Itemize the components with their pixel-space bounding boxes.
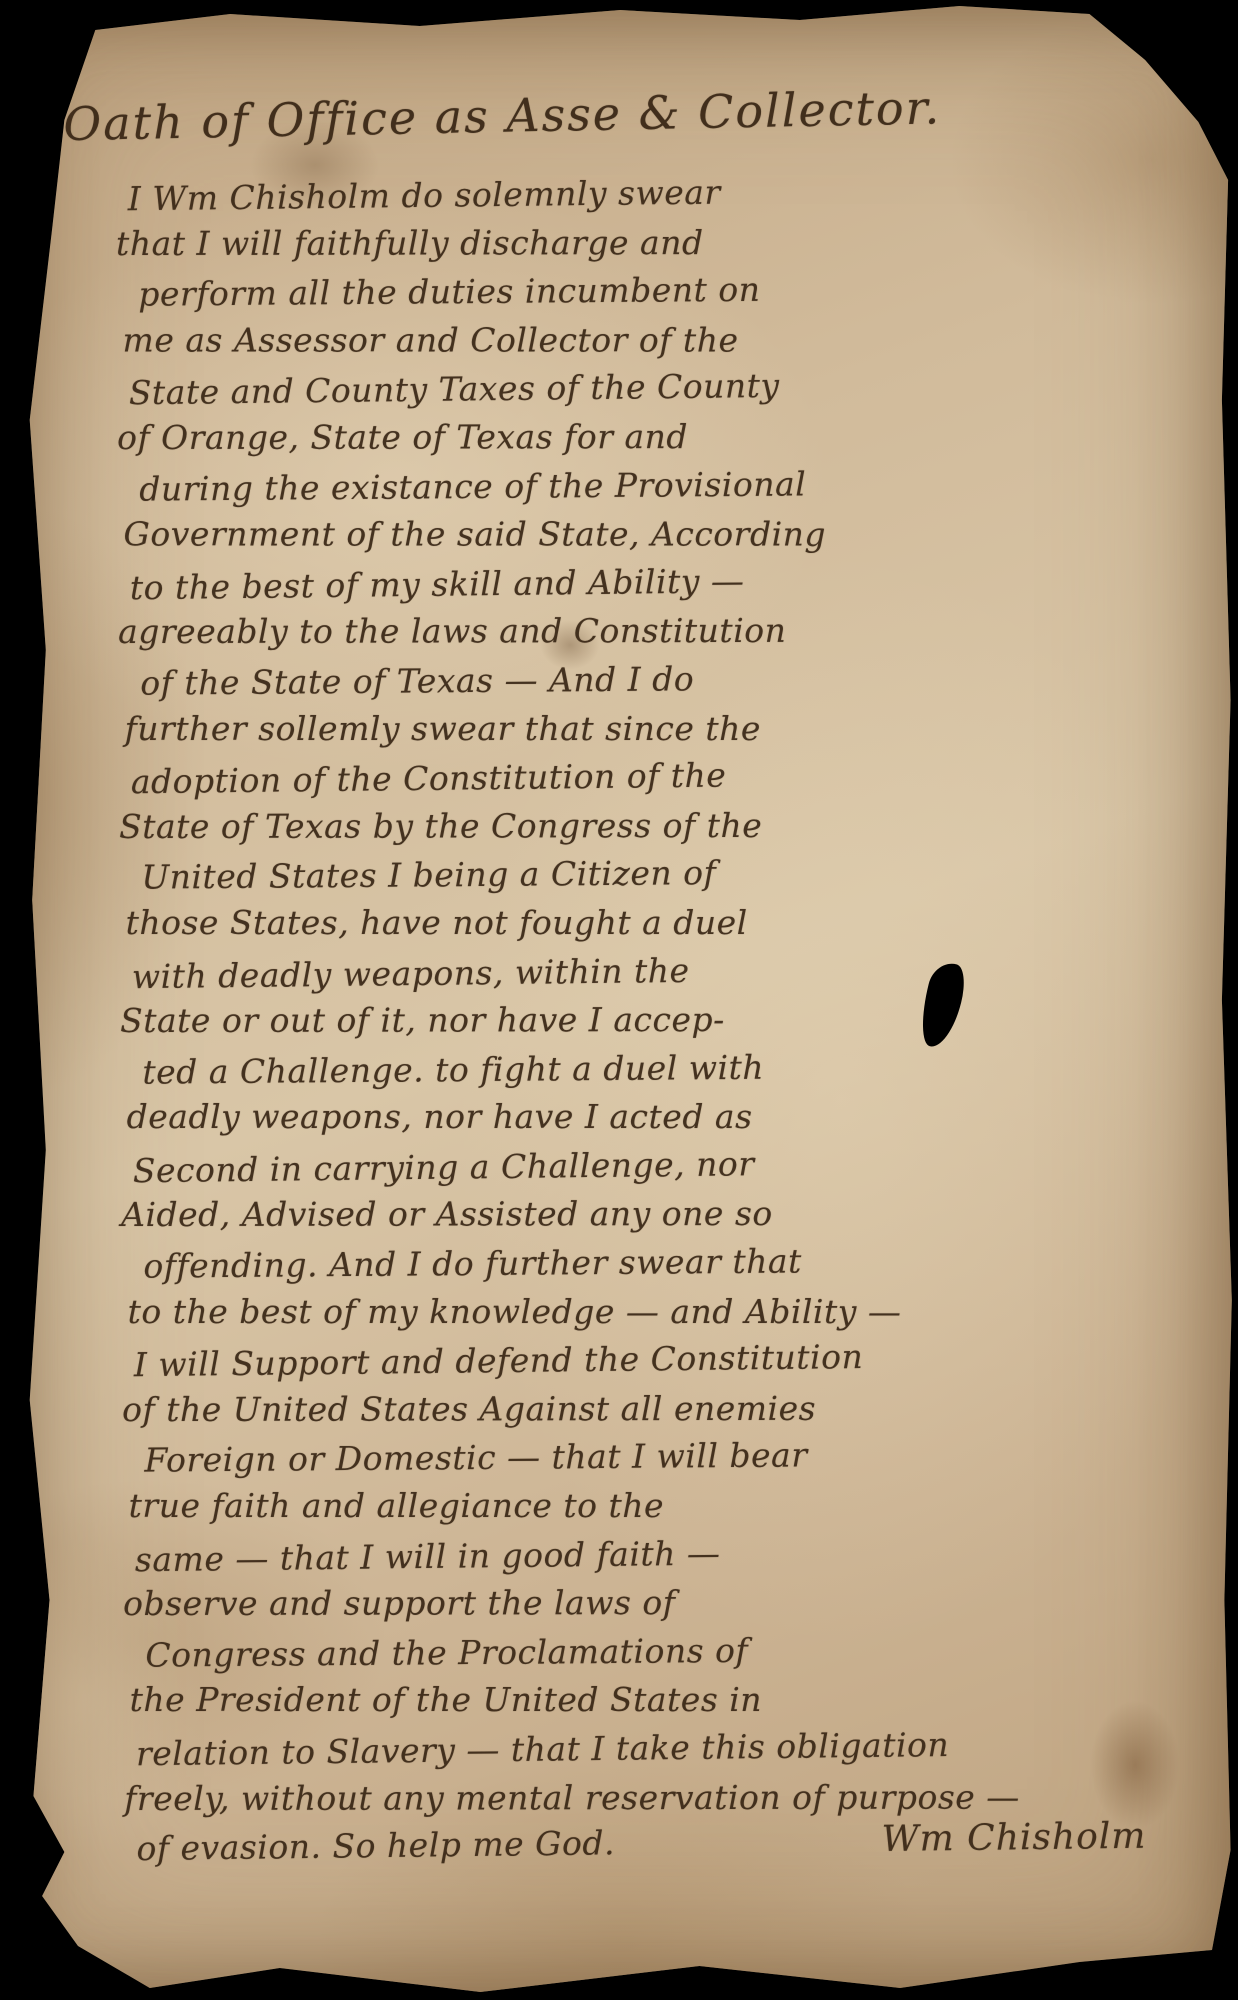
handwritten-line: Government of the said State, According [124,510,1016,559]
handwritten-line: of the State of Texas — And I do [140,653,1016,708]
handwritten-line: with deadly weapons, within the [132,943,1018,1002]
handwritten-line: freely, without any mental reservation o… [124,1773,1022,1823]
handwritten-line: ted a Challenge. to fight a duel with [142,1041,1018,1096]
page-number: 150 [1111,8,1170,45]
handwritten-line: agreeably to the laws and Constitution [118,607,1016,657]
handwritten-line: to the best of my knowledge — and Abilit… [128,1288,1020,1337]
handwritten-line: of Orange, State of Texas for and [117,412,1015,462]
handwritten-line: Foreign or Domestic — that I will bear [144,1430,1020,1485]
handwritten-line: deadly weapons, nor have I acted as [127,1094,1019,1143]
handwritten-line: Aided, Advised or Assisted any one so [121,1190,1019,1240]
signature: Wm Chisholm [881,1816,1146,1860]
photo-background: 150 Oath of Office as Asse & Collector. … [0,0,1238,2000]
handwritten-line: State or out of it, nor have I accep- [120,996,1018,1046]
handwritten-line: of the United States Against all enemies [122,1384,1020,1434]
document-title: Oath of Office as Asse & Collector. [63,80,964,151]
handwritten-line: Second in carrying a Challenge, nor [133,1137,1019,1196]
handwritten-line: me as Assessor and Collector of the [123,316,1015,365]
handwritten-line: relation to Slavery — that I take this o… [136,1720,1022,1779]
document-page: 150 Oath of Office as Asse & Collector. … [0,0,1238,2000]
handwritten-line: the President of the United States in [130,1677,1022,1726]
handwritten-line: State and County Taxes of the County [129,360,1015,419]
handwritten-line: I will Support and defend the Constituti… [134,1331,1020,1390]
handwritten-line: to the best of my skill and Ability — [130,554,1016,613]
handwritten-line: observe and support the laws of [123,1579,1021,1629]
handwritten-line: same — that I will in good faith — [135,1526,1021,1585]
handwritten-line: those States, have not fought a duel [126,899,1018,948]
handwritten-line: adoption of the Constitution of the [131,748,1017,807]
handwritten-line: that I will faithfully discharge and [116,218,1014,268]
handwritten-line: true faith and allegiance to the [129,1482,1021,1531]
closing-text: of evasion. So help me God. [136,1823,615,1868]
handwritten-line: during the existance of the Provisional [139,458,1015,513]
handwritten-line: further sollemly swear that since the [125,705,1017,754]
handwritten-text-layer: 150 Oath of Office as Asse & Collector. … [0,0,1238,2000]
handwritten-line: Congress and the Proclamations of [145,1625,1021,1680]
handwritten-line: I Wm Chisholm do solemnly swear [128,165,1014,224]
handwritten-line: State of Texas by the Congress of the [119,801,1017,851]
handwritten-line: perform all the duties incumbent on [138,264,1014,319]
handwritten-line: offending. And I do further swear that [143,1236,1019,1291]
handwritten-line: United States I being a Citizen of [141,847,1017,902]
document-body: I Wm Chisholm do solemnly swearthat I wi… [114,168,1023,1825]
